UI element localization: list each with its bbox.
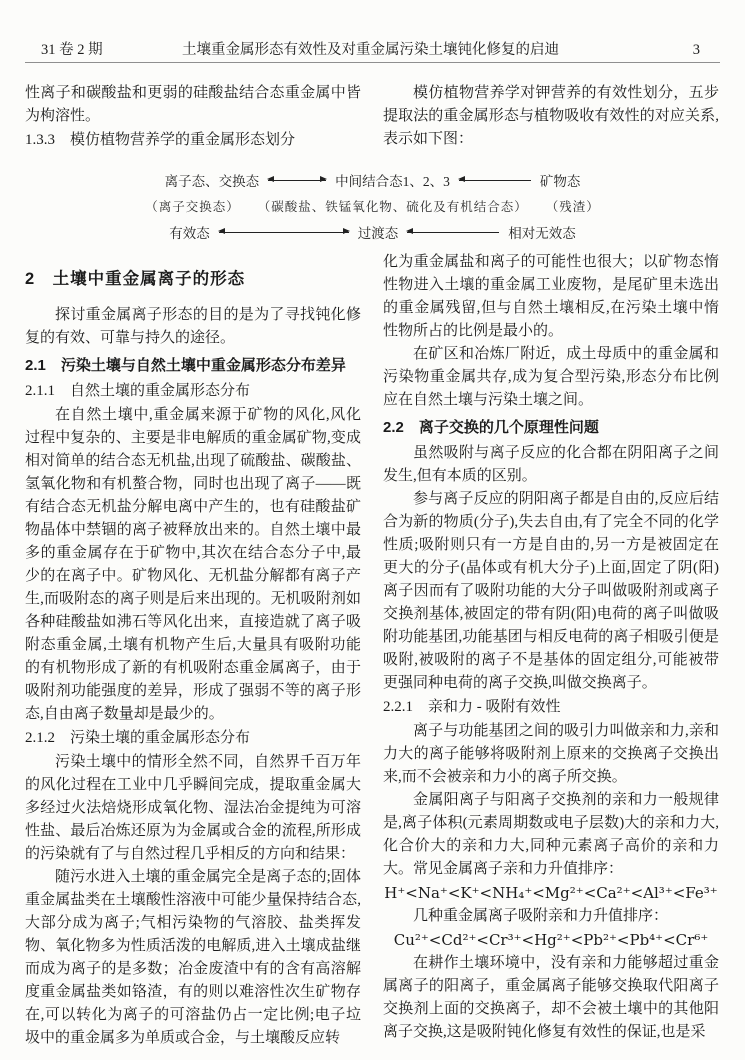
journal-issue: 31 卷 2 期 [25,38,161,59]
heading-2-2: 2.2 离子交换的几个原理性问题 [383,416,719,439]
diagram-row-fractions: （离子交换态） （碳酸盐、铁锰氧化物、硫化及有机结合态） （残渣） [25,193,720,219]
top-left-column: 性离子和碳酸盐和更弱的硅酸盐结合态重金属中皆为枸溶性。 1.3.3 模仿植物营养… [25,82,361,153]
top-right-column: 模仿植物营养学对钾营养的有效性划分，五步提取法的重金属形态与植物吸收有效性的对应… [383,82,719,153]
paragraph: 探讨重金属离子形态的目的是为了寻找钝化修复的有效、可靠与持久的途径。 [25,304,361,350]
top-columns: 性离子和碳酸盐和更弱的硅酸盐结合态重金属中皆为枸溶性。 1.3.3 模仿植物营养… [25,82,720,153]
running-head: 31 卷 2 期 土壤重金属形态有效性及对重金属污染土壤钝化修复的启迪 3 [25,38,720,59]
paragraph: 参与离子反应的阴阳离子都是自由的,反应后结合为新的物质(分子),失去自由,有了完… [383,488,719,695]
speciation-scheme-diagram: 离子态、交换态 中间结合态1、2、3 矿物态 （离子交换态） （碳酸盐、铁锰氧化… [25,167,720,245]
double-arrow-icon [268,180,326,181]
affinity-series-common-ions: H⁺<Na⁺<K⁺<NH₄⁺<Mg²⁺<Ca²⁺<Al³⁺<Fe³⁺ [383,881,719,905]
paragraph: 模仿植物营养学对钾营养的有效性划分，五步提取法的重金属形态与植物吸收有效性的对应… [383,82,719,151]
label-carbonate-oxide-fraction: （碳酸盐、铁锰氧化物、硫化及有机结合态） [258,197,528,215]
diagram-row-availability: 有效态 过渡态 相对无效态 [25,219,720,245]
label-intermediate-bound: 中间结合态1、2、3 [335,170,450,190]
paragraph: 性离子和碳酸盐和更弱的硅酸盐结合态重金属中皆为枸溶性。 [25,82,361,128]
paragraph: 随污水进入土壤的重金属完全是离子态的;固体重金属盐类在土壤酸性溶液中可能少量保持… [25,866,361,1050]
paragraph: 金属阳离子与阳离子交换剂的亲和力一般规律是,离子体积(元素周期数或电子层数)大的… [383,789,719,881]
paragraph: 在自然土壤中,重金属来源于矿物的风化,风化过程中复杂的、主要是非电解质的重金属矿… [25,404,361,726]
label-transitional: 过渡态 [358,222,399,242]
paper-title: 土壤重金属形态有效性及对重金属污染土壤钝化修复的启迪 [161,38,580,59]
paragraph: 污染土壤中的情形全然不同，自然界千百万年的风化过程在工业中几乎瞬间完成，提取重金… [25,751,361,866]
affinity-series-heavy-metal-ions: Cu²⁺<Cd²⁺<Cr³⁺<Hg²⁺<Pb²⁺<Pb⁴⁺<Cr⁶⁺ [383,928,719,952]
section-2-heading: 2 土壤中重金属离子的形态 [25,267,361,291]
paragraph: 几种重金属离子吸附亲和力升值排序： [383,905,719,928]
paragraph: 离子与功能基团之间的吸引力叫做亲和力,亲和力大的离子能够将吸附剂上原来的交换离子… [383,720,719,789]
left-arrow-icon [459,180,531,181]
page-number: 3 [580,42,720,59]
page-content: 性离子和碳酸盐和更弱的硅酸盐结合态重金属中皆为枸溶性。 1.3.3 模仿植物营养… [25,82,720,1050]
label-residue-fraction: （残渣） [546,197,600,215]
label-relatively-unavailable: 相对无效态 [508,222,576,242]
paragraph: 在矿区和冶炼厂附近，成土母质中的重金属和污染物重金属共存,成为复合型污染,形态分… [383,343,719,412]
label-mineral: 矿物态 [540,170,581,190]
paragraph: 化为重金属盐和离子的可能性也很大；以矿物态惰性物进入土壤的重金属工业废物，是尾矿… [383,251,719,343]
double-arrow-icon [219,232,349,233]
label-available: 有效态 [169,222,210,242]
left-arrow-icon [407,232,499,233]
label-ionic-exchangeable: 离子态、交换态 [165,170,260,190]
paragraph: 在耕作土壤环境中，没有亲和力能够超过重金属离子的阳离子，重金属离子能够交换取代阳… [383,952,719,1044]
heading-1-3-3: 1.3.3 模仿植物营养学的重金属形态划分 [25,129,361,152]
diagram-row-forms: 离子态、交换态 中间结合态1、2、3 矿物态 [25,167,720,193]
label-ion-exchange-fraction: （离子交换态） [145,197,240,215]
paper-page: 31 卷 2 期 土壤重金属形态有效性及对重金属污染土壤钝化修复的启迪 3 性离… [0,0,745,1060]
heading-2-1-2: 2.1.2 污染土壤的重金属形态分布 [25,727,361,750]
heading-2-2-1: 2.2.1 亲和力 - 吸附有效性 [383,696,719,719]
heading-2-1-1: 2.1.1 自然土壤的重金属形态分布 [25,380,361,403]
right-column: 化为重金属盐和离子的可能性也很大；以矿物态惰性物进入土壤的重金属工业废物，是尾矿… [383,251,719,1050]
left-column: 2 土壤中重金属离子的形态 探讨重金属离子形态的目的是为了寻找钝化修复的有效、可… [25,251,361,1050]
heading-2-1: 2.1 污染土壤与自然土壤中重金属形态分布差异 [25,354,361,377]
body-columns: 2 土壤中重金属离子的形态 探讨重金属离子形态的目的是为了寻找钝化修复的有效、可… [25,251,720,1050]
paragraph: 虽然吸附与离子反应的化合都在阴阳离子之间发生,但有本质的区别。 [383,442,719,488]
header-divider [25,62,720,63]
